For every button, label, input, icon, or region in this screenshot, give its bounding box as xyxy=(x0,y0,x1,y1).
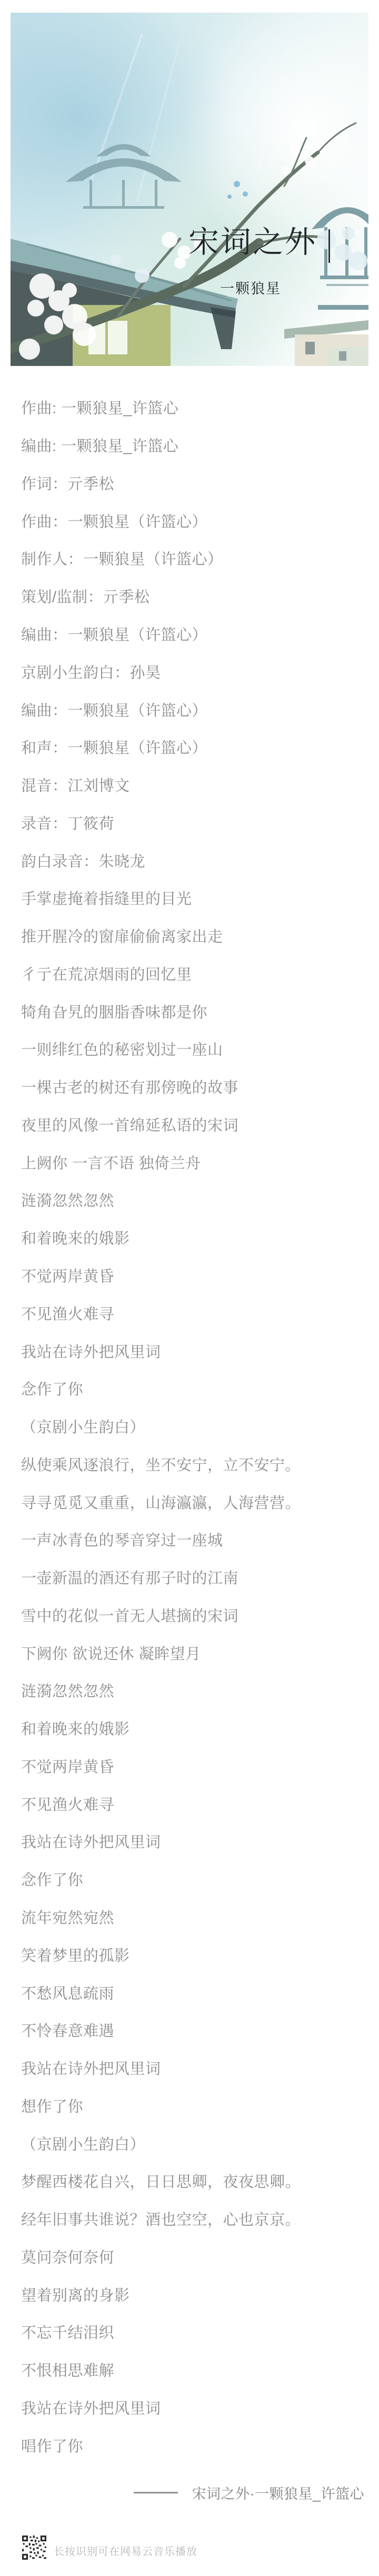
lyric-line: 不觉两岸黄昏 xyxy=(21,1257,363,1295)
lyric-line: 寻寻觅觅又重重，山海瀛瀛，人海营营。 xyxy=(21,1483,363,1521)
attribution-dash xyxy=(134,2492,178,2493)
lyric-line: 涟漪忽然忽然 xyxy=(21,1672,363,1709)
lyric-line: 不愁风息疏雨 xyxy=(21,1973,363,2011)
lyric-line: 上阙你 一言不语 独倚兰舟 xyxy=(21,1143,363,1181)
lyric-line: 不见渔火难寻 xyxy=(21,1294,363,1332)
footer: 长按识别可在网易云音乐播放 xyxy=(0,2524,379,2576)
title-divider-bar xyxy=(328,229,330,263)
lyric-line: 我站在诗外把风里词 xyxy=(21,1822,363,1860)
footer-hint: 长按识别可在网易云音乐播放 xyxy=(54,2543,197,2558)
lyric-line: 经年旧事共谁说？酒也空空，心也京京。 xyxy=(21,2200,363,2238)
song-artist: 一颗狼星 xyxy=(220,282,281,296)
attribution: 宋词之外·一颗狼星_许篮心 xyxy=(134,2478,364,2507)
lyric-line: 一棵古老的树还有那傍晚的故事 xyxy=(21,1068,363,1106)
lyric-line: 我站在诗外把风里词 xyxy=(21,1332,363,1370)
credit-line: 录音：丁筱荷 xyxy=(21,803,363,841)
lyric-line: 一则绯红色的秘密划过一座山 xyxy=(21,1030,363,1068)
credit-line: 制作人：一颗狼星（许篮心） xyxy=(21,539,363,577)
song-title: 宋词之外 xyxy=(188,227,317,258)
lyric-line: 纵使乘风逐浪行，坐不安宁，立不安宁。 xyxy=(21,1445,363,1483)
lyric-line: 想作了你 xyxy=(21,2086,363,2124)
lyric-line: 手掌虚掩着指缝里的目光 xyxy=(21,879,363,917)
credit-line: 混音：江刘博文 xyxy=(21,766,363,804)
lyric-line: （京剧小生韵白） xyxy=(21,1408,363,1445)
lyric-line: 莫问奈何奈何 xyxy=(21,2238,363,2276)
lyric-line: 不恨相思难解 xyxy=(21,2351,363,2389)
lyric-line: 不见渔火难寻 xyxy=(21,1785,363,1822)
credit-line: 作词：亓季松 xyxy=(21,464,363,502)
lyric-line: （京剧小生韵白） xyxy=(21,2124,363,2162)
lyric-line: 笑着梦里的孤影 xyxy=(21,1936,363,1973)
lyric-line: 夜里的风像一首绵延私语的宋词 xyxy=(21,1106,363,1144)
credit-line: 韵白录音：朱晓龙 xyxy=(21,841,363,879)
lyric-line: 梦醒西楼花自兴，日日思卿，夜夜思卿。 xyxy=(21,2162,363,2200)
lyric-line: 不怜春意难遇 xyxy=(21,2011,363,2049)
credit-line: 作曲: 一颗狼星_许篮心 xyxy=(21,389,363,426)
lyric-line: 不觉两岸黄昏 xyxy=(21,1747,363,1785)
lyric-line: 和着晚来的娥影 xyxy=(21,1709,363,1747)
attribution-text: 宋词之外·一颗狼星_许篮心 xyxy=(192,2482,364,2503)
lyric-line: 我站在诗外把风里词 xyxy=(21,2389,363,2427)
lyric-line: 犄角旮旯的胭脂香味都是你 xyxy=(21,992,363,1030)
lyric-line: 推开腥冷的窗扉偷偷离家出走 xyxy=(21,917,363,955)
lyric-line: 雪中的花似一首无人堪摘的宋词 xyxy=(21,1596,363,1634)
lyric-line: 和着晚来的娥影 xyxy=(21,1219,363,1257)
album-art-painting xyxy=(11,13,368,366)
lyric-line: 涟漪忽然忽然 xyxy=(21,1181,363,1219)
lyric-line: 念作了你 xyxy=(21,1860,363,1898)
lyric-line: 望着别离的身影 xyxy=(21,2275,363,2313)
lyric-line: 不忘千结泪织 xyxy=(21,2313,363,2351)
lyric-line: 我站在诗外把风里词 xyxy=(21,2049,363,2087)
lyrics-block: 作曲: 一颗狼星_许篮心编曲: 一颗狼星_许篮心作词：亓季松作曲：一颗狼星（许篮… xyxy=(21,389,363,2464)
credit-line: 策划/监制：亓季松 xyxy=(21,577,363,615)
lyric-line: 流年宛然宛然 xyxy=(21,1898,363,1936)
lyric-line: 念作了你 xyxy=(21,1370,363,1408)
lyric-line: 下阙你 欲说还休 凝眸望月 xyxy=(21,1634,363,1672)
credit-line: 编曲：一颗狼星（许篮心） xyxy=(21,615,363,653)
lyric-line: 一壶新温的酒还有那子时的江南 xyxy=(21,1559,363,1596)
credit-line: 编曲: 一颗狼星_许篮心 xyxy=(21,426,363,464)
lyric-line: 唱作了你 xyxy=(21,2426,363,2464)
qr-code[interactable] xyxy=(22,2536,46,2560)
credit-line: 作曲：一颗狼星（许篮心） xyxy=(21,502,363,539)
credit-line: 编曲：一颗狼星（许篮心） xyxy=(21,690,363,728)
lyric-line: 彳亍在荒凉烟雨的回忆里 xyxy=(21,954,363,992)
credit-line: 和声：一颗狼星（许篮心） xyxy=(21,728,363,766)
lyric-line: 一声冰青色的琴音穿过一座城 xyxy=(21,1521,363,1559)
album-art: 宋词之外 一颗狼星 xyxy=(11,13,368,366)
credit-line: 京剧小生韵白：孙昊 xyxy=(21,653,363,690)
